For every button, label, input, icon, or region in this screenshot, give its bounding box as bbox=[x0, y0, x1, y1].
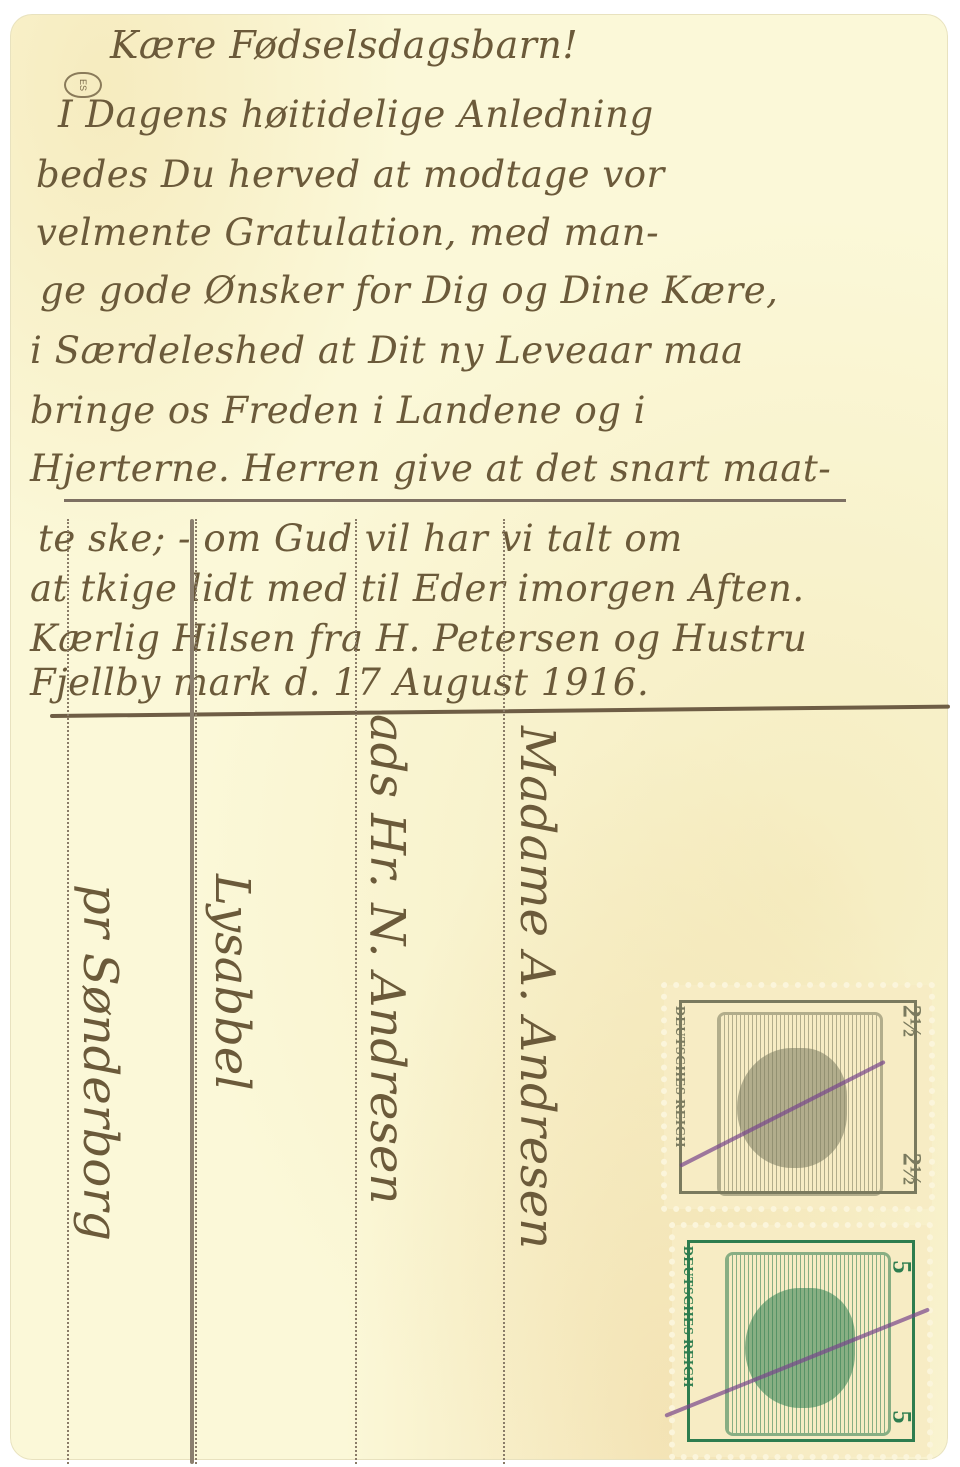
message-line: i Særdeleshed at Dit ny Leveaar maa bbox=[30, 332, 744, 369]
message-line: velmente Gratulation, med man- bbox=[36, 214, 659, 251]
message-line: Hjerterne. Herren give at det snart maat… bbox=[30, 450, 831, 487]
message-line: at tkige lidt med til Eder imorgen Aften… bbox=[30, 570, 805, 607]
stamp-value: 5 bbox=[889, 1411, 915, 1424]
message-line: ge gode Ønsker for Dig og Dine Kære, bbox=[40, 272, 778, 309]
address-line: Lysabbel bbox=[204, 874, 260, 1091]
message-greeting: Kære Fødselsdagsbarn! bbox=[110, 26, 578, 64]
message-line: I Dagens høitidelige Anledning bbox=[58, 96, 654, 133]
postcard-back: ES Kære Fødselsdagsbarn! I Dagens høitid… bbox=[10, 14, 948, 1460]
postage-stamp-2-half-pfennig: DEUTSCHES REICH 2½ 2½ bbox=[667, 988, 929, 1206]
address-line: ads Hr. N. Andresen bbox=[359, 714, 415, 1204]
handwritten-underline bbox=[50, 705, 950, 718]
address-dotted-line bbox=[67, 519, 69, 1464]
message-line-date: Fjellby mark d. 17 August 1916. bbox=[30, 664, 649, 701]
printed-divider-line bbox=[64, 499, 846, 502]
address-line: pr Sønderborg bbox=[72, 884, 128, 1241]
address-dotted-line bbox=[195, 519, 197, 1464]
message-line: te ske; - om Gud vil har vi talt om bbox=[38, 520, 683, 557]
message-line: Kærlig Hilsen fra H. Petersen og Hustru bbox=[30, 620, 807, 657]
postage-stamp-5-pfennig: DEUTSCHES REICH 5 5 bbox=[675, 1228, 927, 1454]
message-line: bringe os Freden i Landene og i bbox=[30, 392, 646, 429]
center-divider-line bbox=[190, 519, 194, 1464]
address-line: Madame A. Andresen bbox=[509, 726, 565, 1249]
stamp-country-label: DEUTSCHES REICH bbox=[671, 1006, 687, 1196]
message-line: bedes Du herved at modtage vor bbox=[36, 156, 665, 193]
address-dotted-line bbox=[355, 519, 357, 1464]
stamp-value: 2½ bbox=[898, 1153, 924, 1186]
stamp-value: 5 bbox=[889, 1261, 915, 1274]
stamp-value: 2½ bbox=[898, 1005, 924, 1038]
address-dotted-line bbox=[503, 519, 505, 1464]
